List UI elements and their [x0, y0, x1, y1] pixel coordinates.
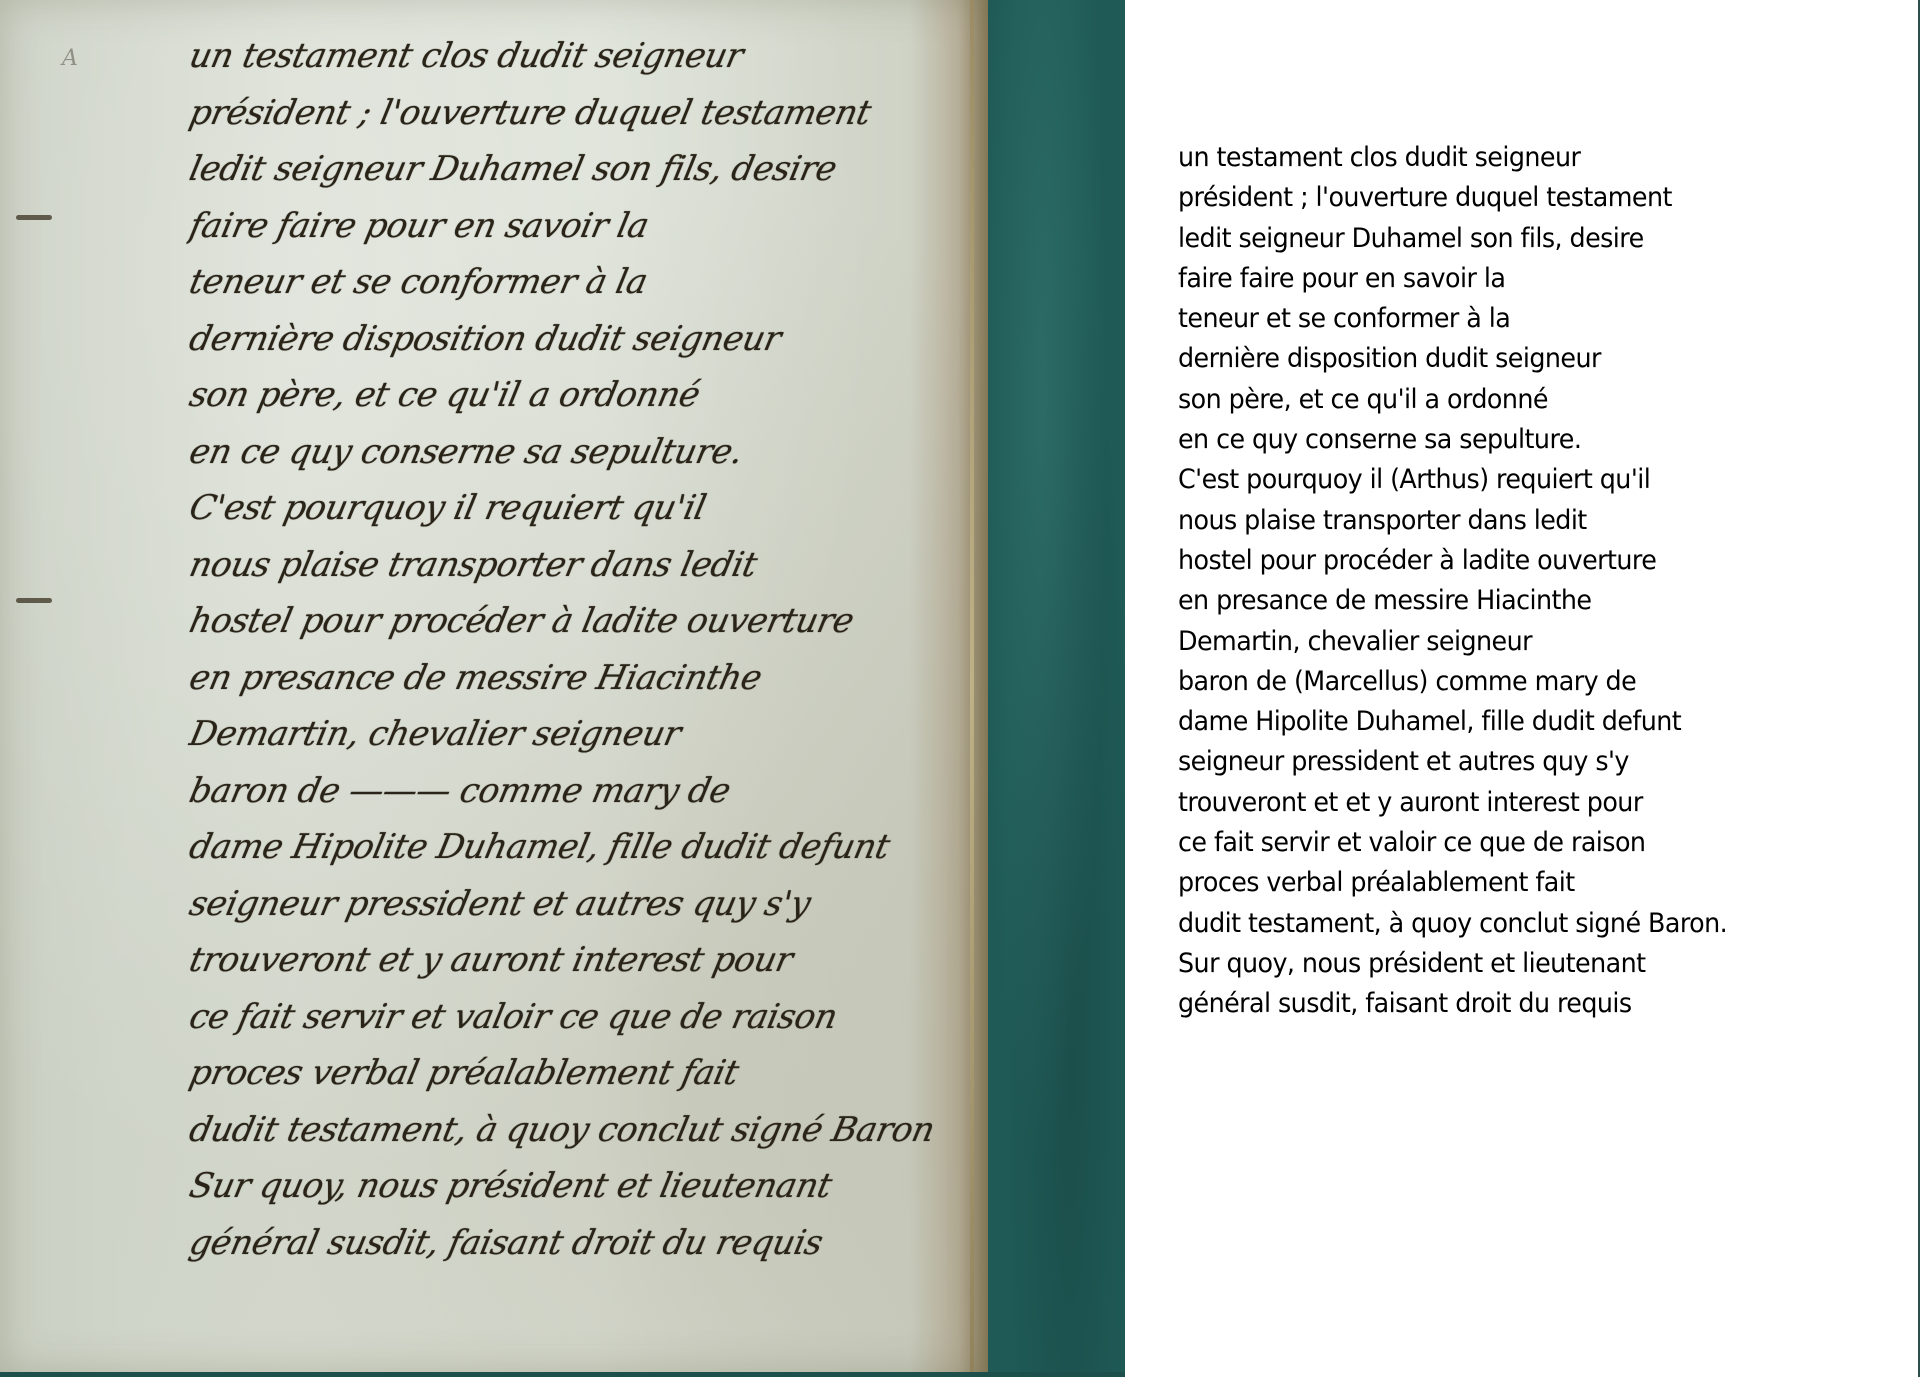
- handwritten-line: C'est pourquoy il requiert qu'il: [184, 480, 976, 537]
- transcription-line: dame Hipolite Duhamel, fille dudit defun…: [1178, 702, 1727, 742]
- margin-note: A: [62, 46, 78, 71]
- transcription-line: Sur quoy, nous président et lieutenant: [1178, 944, 1727, 984]
- transcription-line: seigneur pressident et autres quy s'y: [1178, 742, 1727, 782]
- transcription-line: Demartin, chevalier seigneur: [1178, 622, 1727, 662]
- transcription-line: faire faire pour en savoir la: [1178, 259, 1727, 299]
- transcription-line: proces verbal préalablement fait: [1178, 863, 1727, 903]
- handwritten-line: ce fait servir et valoir ce que de raiso…: [184, 989, 976, 1046]
- transcription-line: C'est pourquoy il (Arthus) requiert qu'i…: [1178, 460, 1727, 500]
- handwritten-text: un testament clos dudit seigneur préside…: [190, 28, 970, 1271]
- handwritten-line: ledit seigneur Duhamel son fils, desire: [184, 141, 976, 198]
- handwritten-line: proces verbal préalablement fait: [184, 1045, 976, 1102]
- teal-binding: [988, 0, 1125, 1377]
- handwritten-line: teneur et se conformer à la: [184, 254, 976, 311]
- transcription-line: en ce quy conserne sa sepulture.: [1178, 420, 1727, 460]
- handwritten-line: faire faire pour en savoir la: [184, 198, 976, 255]
- transcription-line: en presance de messire Hiacinthe: [1178, 581, 1727, 621]
- transcription-line: nous plaise transporter dans ledit: [1178, 501, 1727, 541]
- transcription-line: président ; l'ouverture duquel testament: [1178, 178, 1727, 218]
- transcription-panel: un testament clos dudit seigneur préside…: [1125, 0, 1918, 1377]
- handwritten-line: son père, et ce qu'il a ordonné: [184, 367, 976, 424]
- handwritten-line: dernière disposition dudit seigneur: [184, 311, 976, 368]
- transcription-line: baron de (Marcellus) comme mary de: [1178, 662, 1727, 702]
- transcription-line: son père, et ce qu'il a ordonné: [1178, 380, 1727, 420]
- transcription-line: hostel pour procéder à ladite ouverture: [1178, 541, 1727, 581]
- transcription-line: dernière disposition dudit seigneur: [1178, 339, 1727, 379]
- handwritten-line: nous plaise transporter dans ledit: [184, 537, 976, 594]
- transcription-text: un testament clos dudit seigneur préside…: [1178, 138, 1762, 1025]
- bottom-border: [0, 1372, 1125, 1377]
- handwritten-line: baron de ——— comme mary de: [184, 763, 976, 820]
- transcription-line: ledit seigneur Duhamel son fils, desire: [1178, 219, 1727, 259]
- transcription-line: teneur et se conformer à la: [1178, 299, 1727, 339]
- margin-ink-mark: [16, 598, 52, 603]
- handwritten-line: seigneur pressident et autres quy s'y: [184, 876, 976, 933]
- handwritten-line: Demartin, chevalier seigneur: [184, 706, 976, 763]
- manuscript-photo: A un testament clos dudit seigneur prési…: [0, 0, 988, 1372]
- handwritten-line: dame Hipolite Duhamel, fille dudit defun…: [184, 819, 976, 876]
- handwritten-line: président ; l'ouverture duquel testament: [184, 85, 976, 142]
- handwritten-line: général susdit, faisant droit du requis: [184, 1215, 976, 1272]
- handwritten-line: hostel pour procéder à ladite ouverture: [184, 593, 976, 650]
- handwritten-line: Sur quoy, nous président et lieutenant: [184, 1158, 976, 1215]
- transcription-line: trouveront et et y auront interest pour: [1178, 783, 1727, 823]
- handwritten-line: trouveront et y auront interest pour: [184, 932, 976, 989]
- transcription-line: ce fait servir et valoir ce que de raiso…: [1178, 823, 1727, 863]
- transcription-line: général susdit, faisant droit du requis: [1178, 984, 1727, 1024]
- transcription-line: un testament clos dudit seigneur: [1178, 138, 1727, 178]
- document-page: A un testament clos dudit seigneur prési…: [0, 0, 1920, 1377]
- transcription-line: dudit testament, à quoy conclut signé Ba…: [1178, 904, 1727, 944]
- margin-ink-mark: [16, 215, 52, 220]
- handwritten-line: dudit testament, à quoy conclut signé Ba…: [184, 1102, 976, 1159]
- handwritten-line: en presance de messire Hiacinthe: [184, 650, 976, 707]
- handwritten-line: en ce quy conserne sa sepulture.: [184, 424, 976, 481]
- handwritten-line: un testament clos dudit seigneur: [184, 28, 976, 85]
